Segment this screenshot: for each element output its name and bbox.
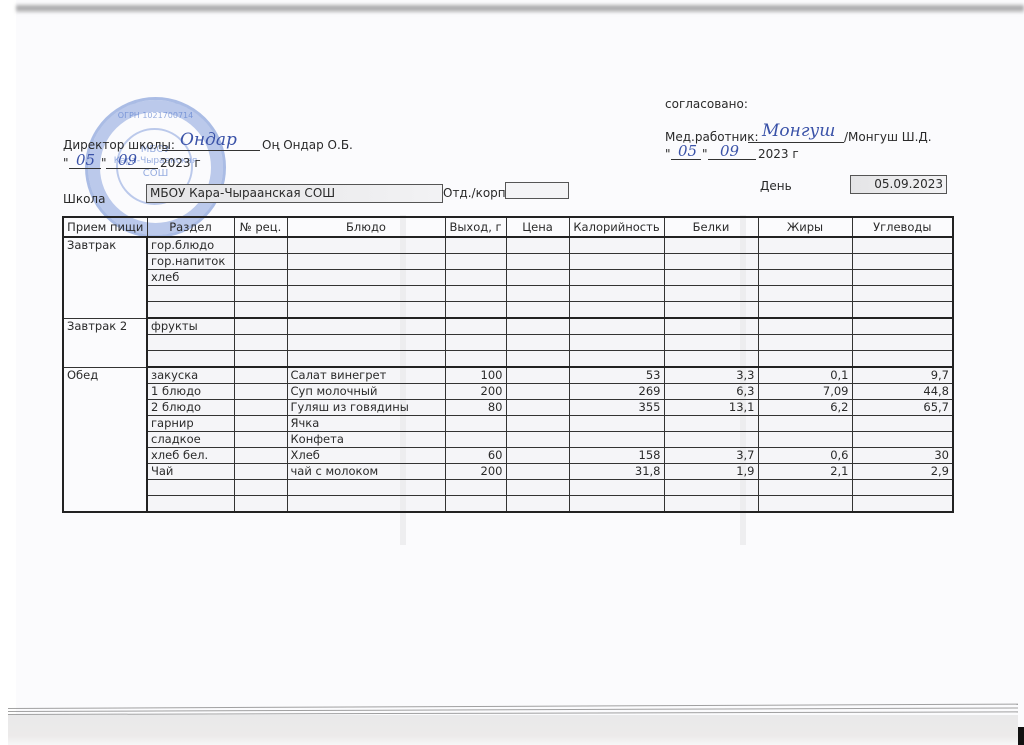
cell-price xyxy=(506,448,569,464)
cell-protein xyxy=(664,270,758,286)
cell-dish xyxy=(287,480,445,496)
column-header-recipe: № рец. xyxy=(234,217,287,237)
cell-fat xyxy=(758,416,852,432)
med-year: 2023 г xyxy=(758,147,799,161)
cell-kcal: 158 xyxy=(569,448,664,464)
day-field[interactable]: 05.09.2023 xyxy=(850,175,947,194)
cell-fat xyxy=(758,237,852,254)
director-year: 2023 г xyxy=(160,156,201,170)
cell-yield xyxy=(445,237,506,254)
cell-kcal xyxy=(569,270,664,286)
cell-yield xyxy=(445,480,506,496)
director-signature: Ондар xyxy=(180,130,237,150)
cell-recipe xyxy=(234,351,287,368)
cell-kcal: 53 xyxy=(569,367,664,384)
cell-dish: Хлеб xyxy=(287,448,445,464)
cell-yield: 200 xyxy=(445,464,506,480)
dept-label: Отд./корп xyxy=(443,186,506,200)
cell-fat: 7,09 xyxy=(758,384,852,400)
cell-fat xyxy=(758,302,852,319)
school-field[interactable]: МБОУ Кара-Чыраанская СОШ xyxy=(146,184,443,203)
cell-yield: 80 xyxy=(445,400,506,416)
cell-price xyxy=(506,367,569,384)
cell-carbs: 30 xyxy=(852,448,953,464)
cell-kcal xyxy=(569,286,664,302)
cell-section: сладкое xyxy=(147,432,234,448)
cell-kcal xyxy=(569,237,664,254)
cell-price xyxy=(506,384,569,400)
meal-cell: Обед xyxy=(63,367,147,512)
cell-price xyxy=(506,286,569,302)
cell-protein xyxy=(664,480,758,496)
cell-protein: 3,7 xyxy=(664,448,758,464)
cell-section: хлеб xyxy=(147,270,234,286)
cell-yield xyxy=(445,254,506,270)
table-row: 2 блюдоГуляш из говядины8035513,16,265,7 xyxy=(63,400,953,416)
cell-recipe xyxy=(234,432,287,448)
cell-protein: 1,9 xyxy=(664,464,758,480)
cell-section: закуска xyxy=(147,367,234,384)
cell-carbs: 44,8 xyxy=(852,384,953,400)
cell-dish xyxy=(287,254,445,270)
cell-price xyxy=(506,270,569,286)
column-header-carbs: Углеводы xyxy=(852,217,953,237)
cell-carbs xyxy=(852,335,953,351)
cell-dish: чай с молоком xyxy=(287,464,445,480)
stamp-outer-text: ОГРН 1021700714 xyxy=(108,110,203,121)
cell-carbs xyxy=(852,237,953,254)
scan-edge-bottom xyxy=(8,715,1018,745)
cell-carbs xyxy=(852,351,953,368)
cell-kcal: 31,8 xyxy=(569,464,664,480)
table-row: Чайчай с молоком20031,81,92,12,9 xyxy=(63,464,953,480)
cell-protein xyxy=(664,496,758,513)
table-row xyxy=(63,335,953,351)
cell-kcal xyxy=(569,335,664,351)
table-row: сладкоеКонфета xyxy=(63,432,953,448)
cell-carbs xyxy=(852,480,953,496)
cell-carbs xyxy=(852,254,953,270)
cell-fat xyxy=(758,480,852,496)
cell-section: 1 блюдо xyxy=(147,384,234,400)
med-name: /Монгуш Ш.Д. xyxy=(844,130,932,144)
cell-price xyxy=(506,400,569,416)
cell-carbs xyxy=(852,318,953,335)
med-date-month: 09 xyxy=(720,142,739,160)
cell-price xyxy=(506,254,569,270)
scan-corner-mark xyxy=(1018,727,1024,745)
cell-fat xyxy=(758,318,852,335)
cell-section xyxy=(147,302,234,319)
column-header-meal: Прием пищи xyxy=(63,217,147,237)
cell-yield xyxy=(445,318,506,335)
cell-recipe xyxy=(234,480,287,496)
cell-yield xyxy=(445,335,506,351)
cell-price xyxy=(506,416,569,432)
table-body: Завтракгор.блюдогор.напитокхлебЗавтрак 2… xyxy=(63,237,953,512)
cell-kcal xyxy=(569,416,664,432)
table-row xyxy=(63,302,953,319)
column-header-dish: Блюдо xyxy=(287,217,445,237)
director-date-day: 05 xyxy=(76,151,95,169)
cell-carbs: 65,7 xyxy=(852,400,953,416)
cell-carbs: 9,7 xyxy=(852,367,953,384)
meal-cell: Завтрак xyxy=(63,237,147,318)
cell-recipe xyxy=(234,448,287,464)
cell-protein xyxy=(664,318,758,335)
cell-section: фрукты xyxy=(147,318,234,335)
approved-label: согласовано: xyxy=(665,97,748,111)
column-header-kcal: Калорийность xyxy=(569,217,664,237)
cell-price xyxy=(506,351,569,368)
table-header-row: Прием пищиРаздел№ рец.БлюдоВыход, гЦенаК… xyxy=(63,217,953,237)
cell-kcal xyxy=(569,480,664,496)
cell-dish xyxy=(287,270,445,286)
cell-recipe xyxy=(234,384,287,400)
cell-recipe xyxy=(234,335,287,351)
table-row: гарнирЯчка xyxy=(63,416,953,432)
cell-kcal xyxy=(569,496,664,513)
dept-field[interactable] xyxy=(505,182,569,199)
director-date-quote-open: " xyxy=(63,156,69,170)
table-row: хлеб xyxy=(63,270,953,286)
table-row: Завтрак 2фрукты xyxy=(63,318,953,335)
cell-yield xyxy=(445,286,506,302)
column-header-fat: Жиры xyxy=(758,217,852,237)
column-header-price: Цена xyxy=(506,217,569,237)
cell-recipe xyxy=(234,254,287,270)
cell-section xyxy=(147,286,234,302)
cell-dish xyxy=(287,302,445,319)
day-label: День xyxy=(760,179,792,193)
cell-fat xyxy=(758,432,852,448)
cell-carbs xyxy=(852,286,953,302)
meal-cell: Завтрак 2 xyxy=(63,318,147,367)
cell-carbs xyxy=(852,302,953,319)
cell-protein xyxy=(664,432,758,448)
cell-recipe xyxy=(234,237,287,254)
cell-dish: Ячка xyxy=(287,416,445,432)
cell-section xyxy=(147,351,234,368)
cell-dish xyxy=(287,318,445,335)
cell-fat xyxy=(758,335,852,351)
cell-fat: 6,2 xyxy=(758,400,852,416)
cell-protein xyxy=(664,254,758,270)
cell-section xyxy=(147,335,234,351)
cell-carbs xyxy=(852,432,953,448)
school-label: Школа xyxy=(63,192,105,206)
cell-carbs: 2,9 xyxy=(852,464,953,480)
column-header-yield: Выход, г xyxy=(445,217,506,237)
cell-kcal xyxy=(569,254,664,270)
cell-price xyxy=(506,237,569,254)
cell-dish: Конфета xyxy=(287,432,445,448)
cell-yield xyxy=(445,302,506,319)
table-row: гор.напиток xyxy=(63,254,953,270)
table-row: ОбедзакускаСалат винегрет100533,30,19,7 xyxy=(63,367,953,384)
column-header-section: Раздел xyxy=(147,217,234,237)
med-date-quote-open: " xyxy=(665,147,671,161)
cell-kcal xyxy=(569,302,664,319)
cell-carbs xyxy=(852,270,953,286)
cell-section xyxy=(147,496,234,513)
cell-protein xyxy=(664,302,758,319)
cell-recipe xyxy=(234,270,287,286)
cell-section: гор.блюдо xyxy=(147,237,234,254)
cell-carbs xyxy=(852,416,953,432)
cell-recipe xyxy=(234,416,287,432)
table-row: Завтракгор.блюдо xyxy=(63,237,953,254)
director-label: Директор школы: xyxy=(63,138,175,152)
cell-carbs xyxy=(852,496,953,513)
table-row: хлеб бел.Хлеб601583,70,630 xyxy=(63,448,953,464)
cell-recipe xyxy=(234,302,287,319)
cell-recipe xyxy=(234,367,287,384)
cell-price xyxy=(506,318,569,335)
table-row xyxy=(63,496,953,513)
cell-price xyxy=(506,302,569,319)
cell-dish: Суп молочный xyxy=(287,384,445,400)
cell-section xyxy=(147,480,234,496)
cell-fat xyxy=(758,351,852,368)
table-row xyxy=(63,286,953,302)
cell-protein: 6,3 xyxy=(664,384,758,400)
cell-kcal xyxy=(569,351,664,368)
cell-yield: 60 xyxy=(445,448,506,464)
scan-edge-top xyxy=(16,4,1024,13)
cell-fat xyxy=(758,254,852,270)
table-row xyxy=(63,351,953,368)
cell-price xyxy=(506,480,569,496)
cell-section: гарнир xyxy=(147,416,234,432)
cell-price xyxy=(506,496,569,513)
cell-recipe xyxy=(234,496,287,513)
cell-kcal xyxy=(569,318,664,335)
cell-section: 2 блюдо xyxy=(147,400,234,416)
cell-dish: Гуляш из говядины xyxy=(287,400,445,416)
cell-protein: 3,3 xyxy=(664,367,758,384)
cell-price xyxy=(506,335,569,351)
cell-protein xyxy=(664,237,758,254)
cell-price xyxy=(506,464,569,480)
cell-recipe xyxy=(234,318,287,335)
cell-protein: 13,1 xyxy=(664,400,758,416)
cell-yield xyxy=(445,416,506,432)
cell-yield: 200 xyxy=(445,384,506,400)
cell-fat: 2,1 xyxy=(758,464,852,480)
cell-yield xyxy=(445,351,506,368)
cell-dish xyxy=(287,286,445,302)
cell-dish xyxy=(287,496,445,513)
cell-dish xyxy=(287,335,445,351)
cell-dish xyxy=(287,351,445,368)
director-name: Оң Ондар О.Б. xyxy=(262,138,353,152)
director-date-month: 09 xyxy=(118,151,137,169)
column-header-protein: Белки xyxy=(664,217,758,237)
cell-fat: 0,6 xyxy=(758,448,852,464)
cell-recipe xyxy=(234,286,287,302)
cell-yield: 100 xyxy=(445,367,506,384)
med-date-quote-close: " xyxy=(702,147,708,161)
table-row xyxy=(63,480,953,496)
cell-fat xyxy=(758,270,852,286)
cell-dish: Салат винегрет xyxy=(287,367,445,384)
cell-kcal xyxy=(569,432,664,448)
cell-fat: 0,1 xyxy=(758,367,852,384)
med-date-day: 05 xyxy=(678,142,697,160)
cell-kcal: 269 xyxy=(569,384,664,400)
cell-fat xyxy=(758,286,852,302)
cell-protein xyxy=(664,416,758,432)
menu-table: Прием пищиРаздел№ рец.БлюдоВыход, гЦенаК… xyxy=(62,216,954,513)
cell-protein xyxy=(664,286,758,302)
cell-yield xyxy=(445,496,506,513)
cell-yield xyxy=(445,270,506,286)
scan-margin xyxy=(0,0,16,745)
cell-yield xyxy=(445,432,506,448)
cell-section: хлеб бел. xyxy=(147,448,234,464)
cell-protein xyxy=(664,351,758,368)
cell-section: Чай xyxy=(147,464,234,480)
cell-fat xyxy=(758,496,852,513)
cell-kcal: 355 xyxy=(569,400,664,416)
cell-price xyxy=(506,432,569,448)
cell-section: гор.напиток xyxy=(147,254,234,270)
cell-recipe xyxy=(234,464,287,480)
med-signature: Монгуш xyxy=(762,121,835,141)
table-row: 1 блюдоСуп молочный2002696,37,0944,8 xyxy=(63,384,953,400)
cell-dish xyxy=(287,237,445,254)
cell-recipe xyxy=(234,400,287,416)
cell-protein xyxy=(664,335,758,351)
